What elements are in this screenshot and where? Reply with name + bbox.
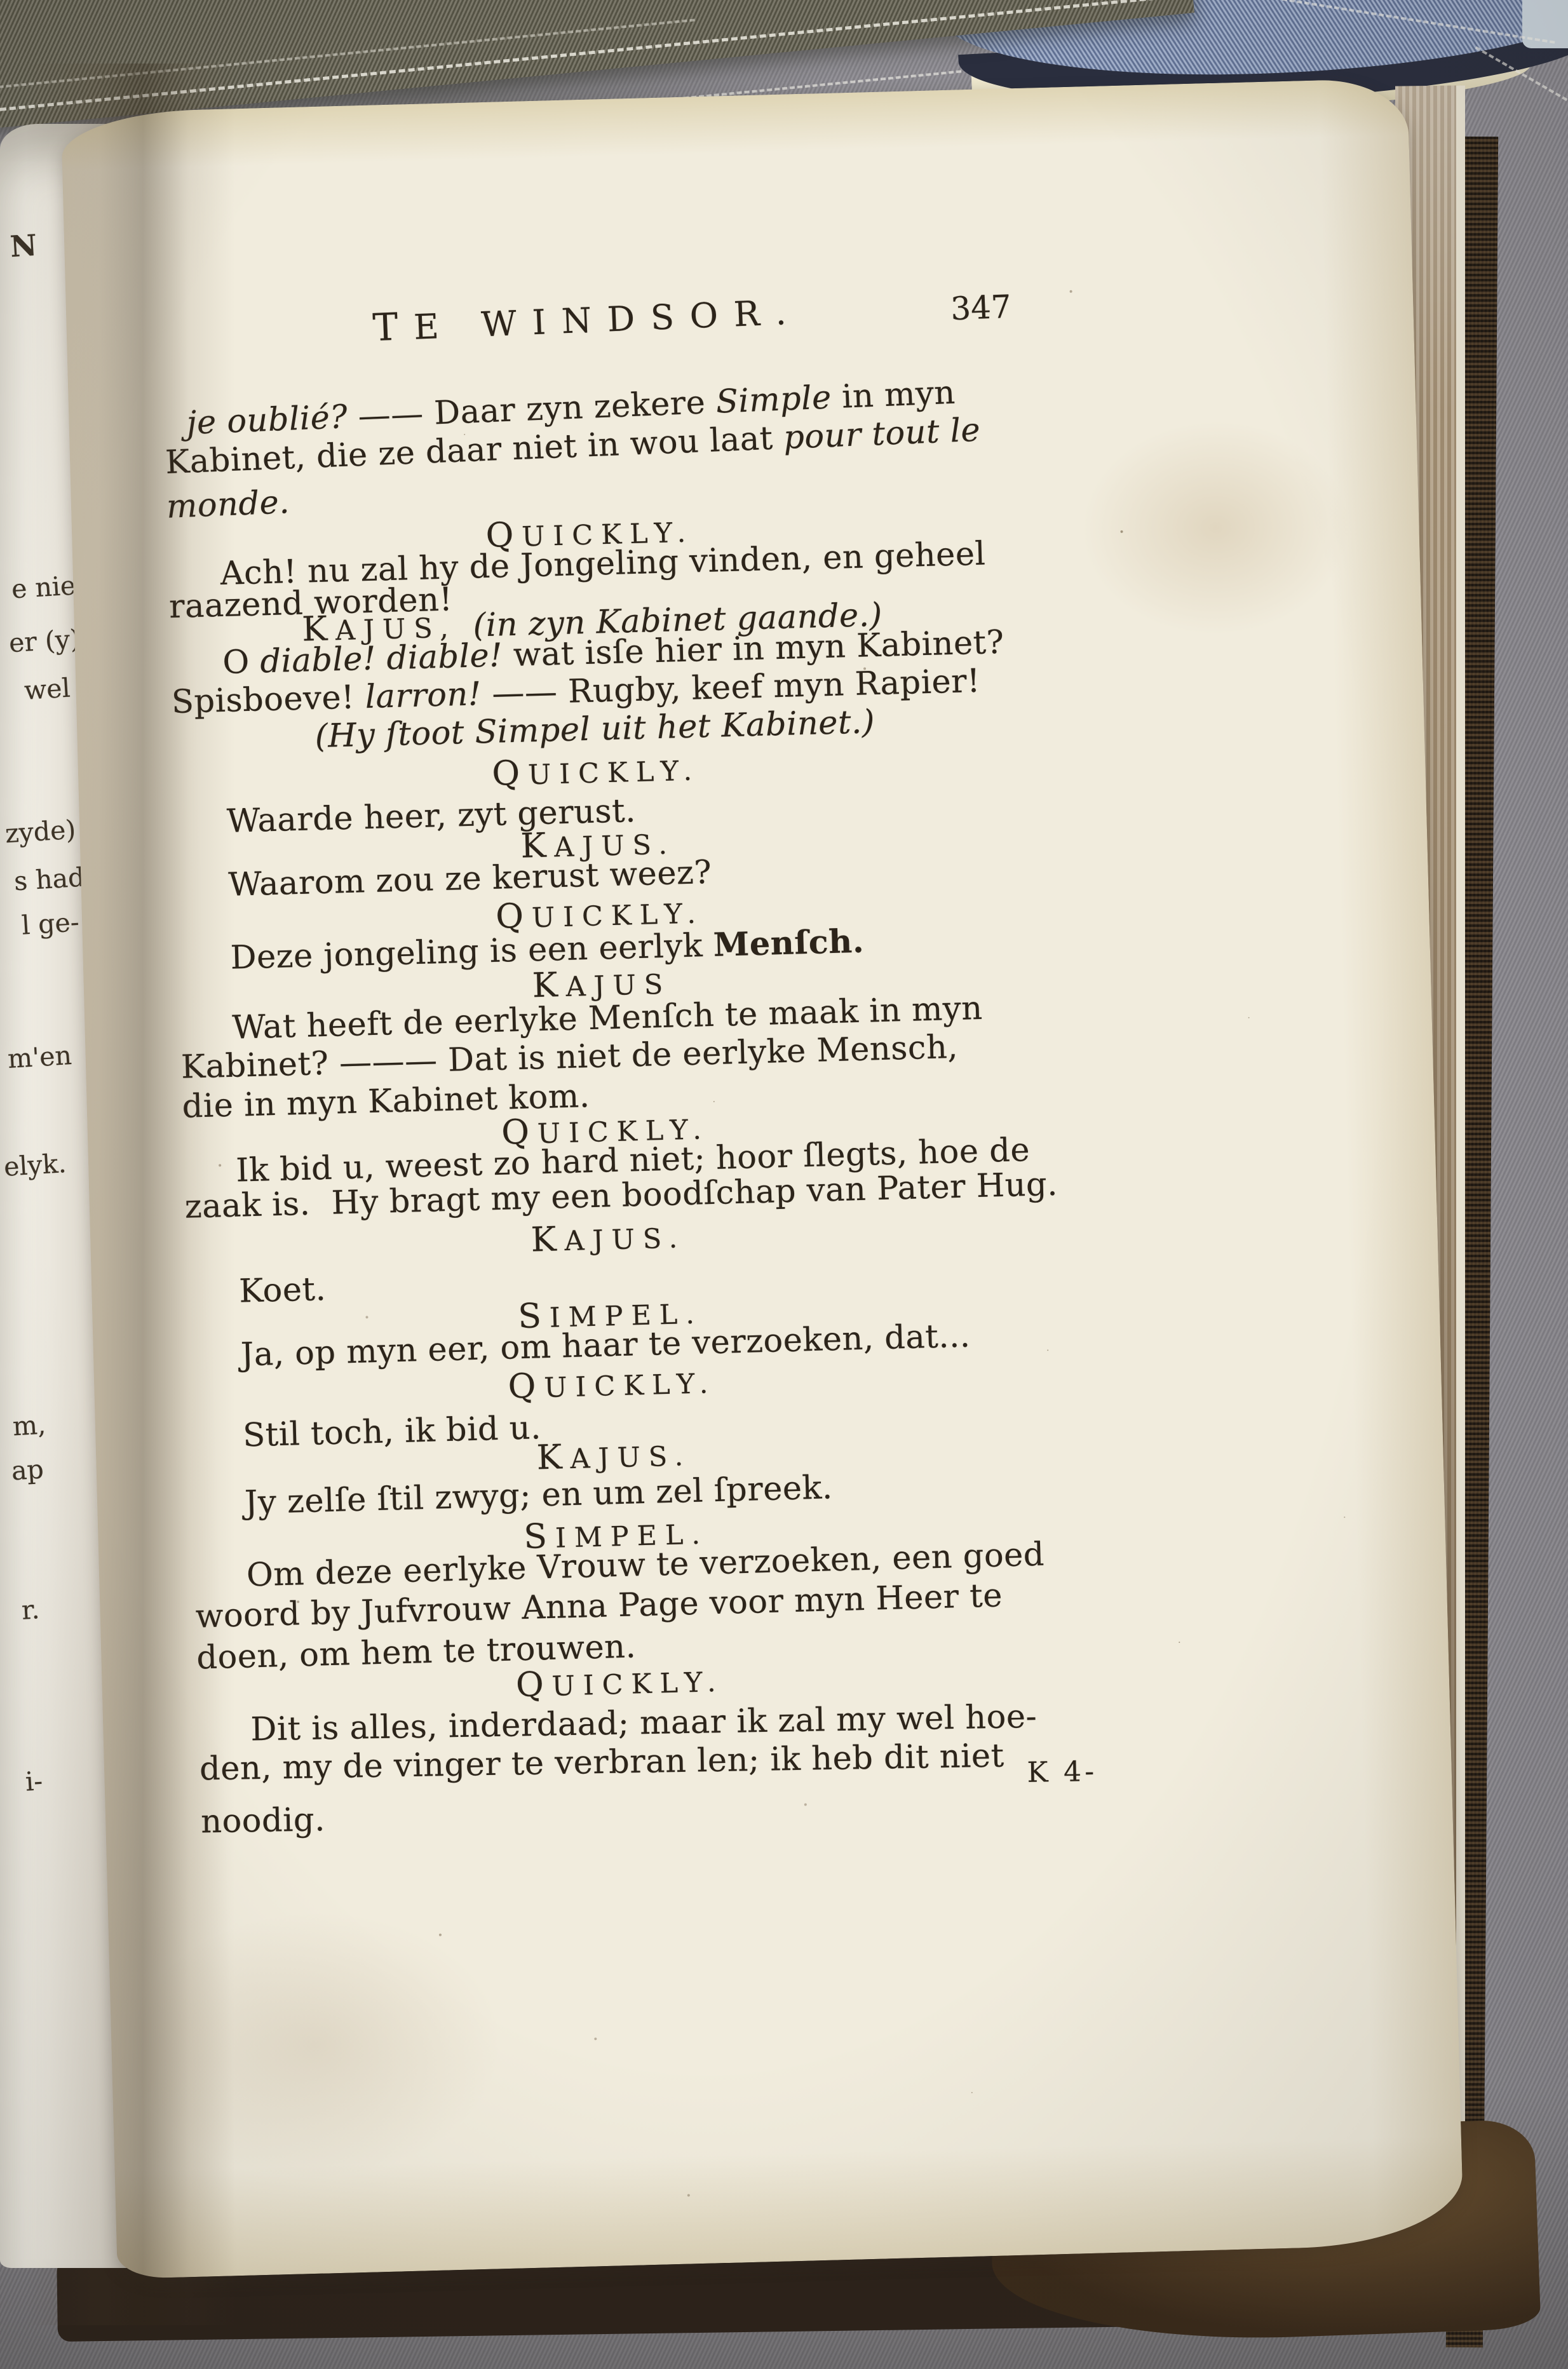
italic-segment: Simple [715, 379, 832, 421]
bold-segment: Menſch. [713, 922, 865, 964]
book-photo-scene: N e niet er (y) wel , zyde) s had l ge- … [0, 0, 1568, 2369]
text-line: noodig. [201, 1802, 325, 1840]
text-line: monde. [166, 484, 290, 525]
italic-segment: larron! [365, 675, 482, 716]
text-segment: O [222, 643, 261, 682]
text-segment: in myn [830, 374, 956, 417]
verso-text-fragment: m, [12, 1409, 47, 1441]
text-segment: Spisboeve! [171, 678, 365, 721]
paper-specks [61, 113, 64, 116]
verso-text-fragment: l ge- [21, 907, 80, 940]
italic-segment: diable! diable! [260, 637, 503, 680]
italic-segment: je oublié? [186, 398, 349, 442]
verso-text-fragment: zyde) [4, 814, 77, 849]
right-page: TE WINDSOR. 347 je oublié? —— Daar zyn z… [61, 78, 1464, 2279]
verso-text-fragment: er (y) [8, 624, 81, 659]
verso-text-fragment: m'en [7, 1040, 73, 1074]
verso-text-fragment: N [9, 228, 37, 264]
verso-text-fragment: ap [11, 1454, 45, 1486]
running-title: TE WINDSOR. [238, 284, 938, 356]
italic-segment: pour tout le [783, 412, 981, 457]
verso-text-fragment: s had [13, 862, 86, 897]
verso-text-fragment: i- [25, 1765, 44, 1797]
catchword-signature: K 4- [1027, 1755, 1098, 1789]
page-number: 347 [950, 288, 1012, 328]
verso-text-fragment: elyk. [3, 1148, 67, 1182]
verso-text-fragment: r. [21, 1594, 41, 1626]
